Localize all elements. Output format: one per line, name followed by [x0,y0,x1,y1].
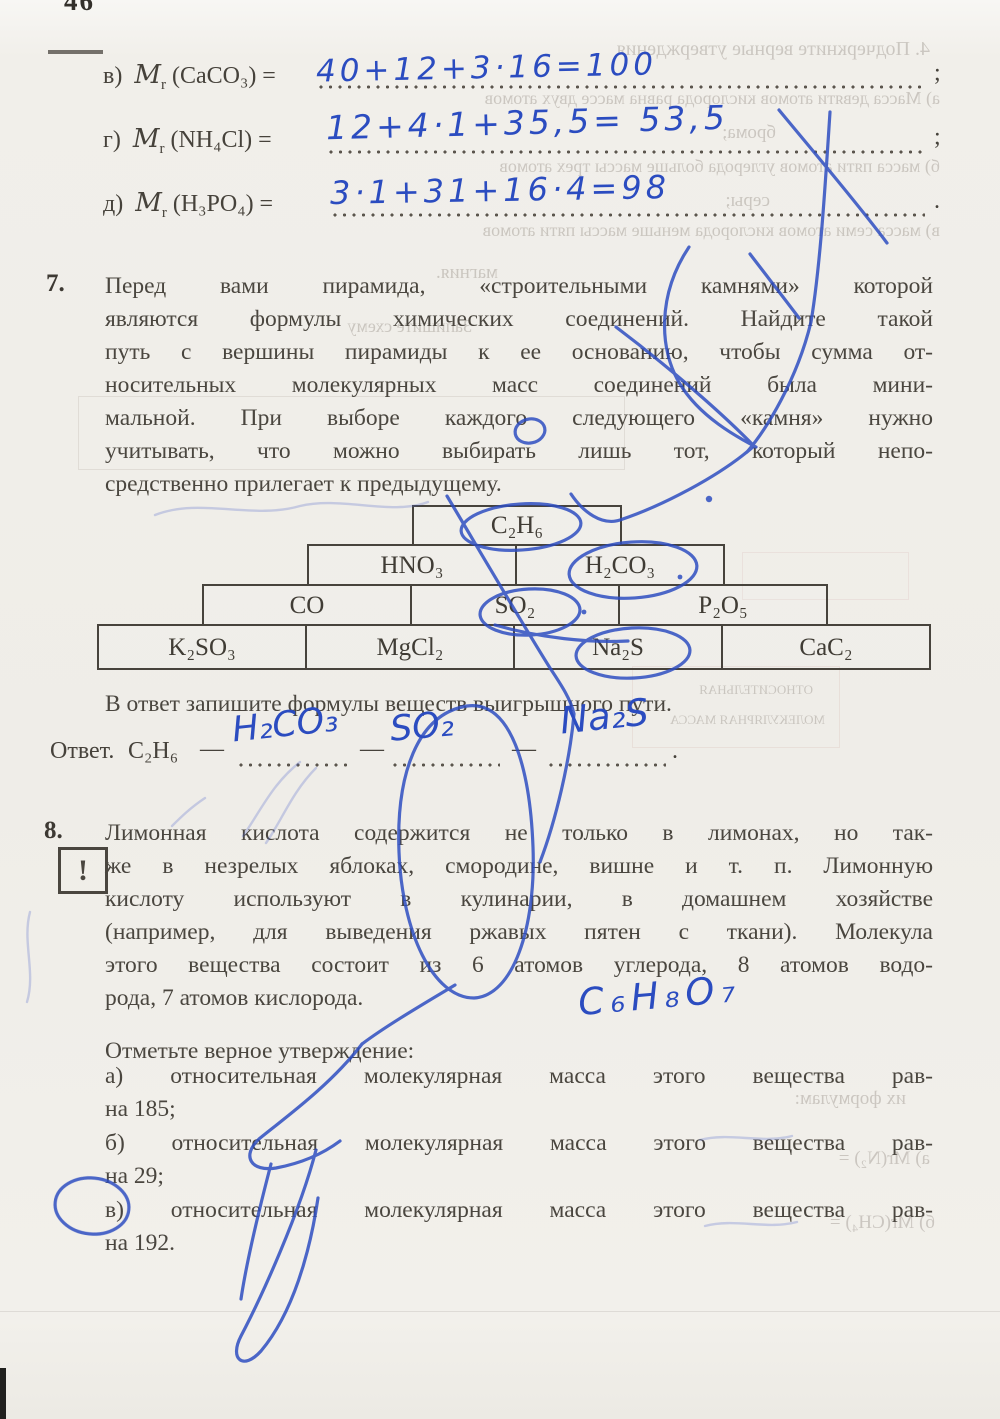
item-formula: (NH₄Cl) = [170,127,271,153]
line-end-punctuation: . [934,188,940,215]
problem8-text-line: кислоту используют в кулинарии, в домашн… [105,883,933,916]
mr-subscript: r [159,141,164,157]
pyramid-cell-hno3: HNO₃ [307,544,517,586]
page-number: 46 [64,0,95,17]
exercise-item-d: д)Mr (H₃PO₄) = [103,188,273,222]
pyramid-cell-k2so3: K₂SO₃ [97,624,307,670]
problem7-text-line: учитывать, что можно выбирать лишь тот, … [105,435,933,468]
problem7-text-line: средственно прилегает к предыдущему. [105,468,933,501]
pyramid-cell-mgcl2: MgCl₂ [305,624,515,670]
answer-dash: — [200,736,224,763]
mr-symbol: M [134,60,161,90]
exercise-item-v: в)Mr (CaCO₃) = [103,60,276,94]
exercise-item-g: г)Mr (NH₄Cl) = [103,124,272,158]
answer-dotted-line [332,212,925,218]
option-a-line2: на 185; [105,1093,933,1126]
item-label: в) [103,63,122,89]
mr-symbol: M [135,188,162,218]
answer-start-formula: C₂H₆ [128,738,178,765]
handwritten-path-formula-3: Na₂S [558,690,651,742]
answer-dash: — [512,736,536,763]
workbook-page: 46 4. Подчеркните верные утвержденияа) М… [0,0,1000,1419]
pyramid-cell-na2s: Na₂S [513,624,723,670]
answer-label: Ответ. [50,738,114,765]
problem8-text-line: рода, 7 атомов кислорода. [105,982,933,1015]
answer-dotted-line [328,149,925,155]
page-number-underline [48,50,103,54]
handwritten-answer-g: 12+4·1+35,5= 53,5 [326,98,730,148]
pyramid-cell-so2: SO₂ [410,584,620,626]
problem8-number: 8. [44,817,63,845]
pyramid-cell-co: CO [202,584,412,626]
answer-dotted-segment [548,762,666,768]
problem7-text-line: носительных молекулярных масс соединений… [105,369,933,402]
handwritten-answer-d: 3·1+31+16·4=98 [330,168,671,212]
scan-edge-artifact [0,1368,6,1419]
problem8-text-line: Лимонная кислота содержится не только в … [105,817,933,850]
pyramid-cell-p2o5: P₂O₅ [618,584,828,626]
bleedthrough-text: в) масса семи атомов кислорода меньше ма… [500,220,940,241]
problem8-text-line: (например, для выведения ржавых пятен с … [105,916,933,949]
option-a-line1: а) относительная молекулярная масса этог… [105,1060,933,1093]
problem7-text-line: путь с вершины пирамиды к ее основанию, … [105,336,933,369]
problem7-instruction: В ответ запишите формулы веществ выигрыш… [105,688,933,721]
option-b-line2: на 29; [105,1160,933,1193]
problem7-text-line: являются формулы химических соединений. … [105,303,933,336]
pyramid-cell-c2h6: C₂H₆ [412,505,622,546]
option-v-line1: в) относительная молекулярная масса этог… [105,1194,933,1227]
bleedthrough-text: серы; [680,190,770,212]
line-end-punctuation: ; [934,60,941,87]
scan-crease-line [0,1311,1000,1312]
handwritten-path-formula-2: SO₂ [388,704,455,749]
pyramid-cell-h2co3: H₂CO₃ [515,544,725,586]
answer-dotted-segment [238,762,348,768]
mr-subscript: r [162,205,167,221]
mr-subscript: r [161,77,166,93]
problem8-text-line: этого вещества состоит из 6 атомов углер… [105,949,933,982]
important-exclamation-box: ! [58,847,108,894]
item-formula: (CaCO₃) = [172,63,276,89]
problem7-text-line: Перед вами пирамида, «строительными камн… [105,270,933,303]
option-v-line2: на 192. [105,1227,933,1260]
item-formula: (H₃PO₄) = [173,191,273,217]
handwritten-answer-v: 40+12+3·16=100 [316,46,658,89]
mr-symbol: M [133,124,160,154]
problem7-number: 7. [46,270,65,298]
problem7-text-line: мальной. При выборе каждого следующего «… [105,402,933,435]
line-end-punctuation: ; [934,124,941,151]
item-label: д) [103,191,123,217]
item-label: г) [103,127,121,153]
answer-dotted-segment [392,762,500,768]
pyramid-cell-cac2: CaC₂ [721,624,931,670]
answer-end-punctuation: . [672,738,678,765]
option-b-line1: б) относительная молекулярная масса этог… [105,1127,933,1160]
problem8-text-line: же в незрелых яблоках, смородине, вишне … [105,850,933,883]
answer-dash: — [360,736,384,763]
